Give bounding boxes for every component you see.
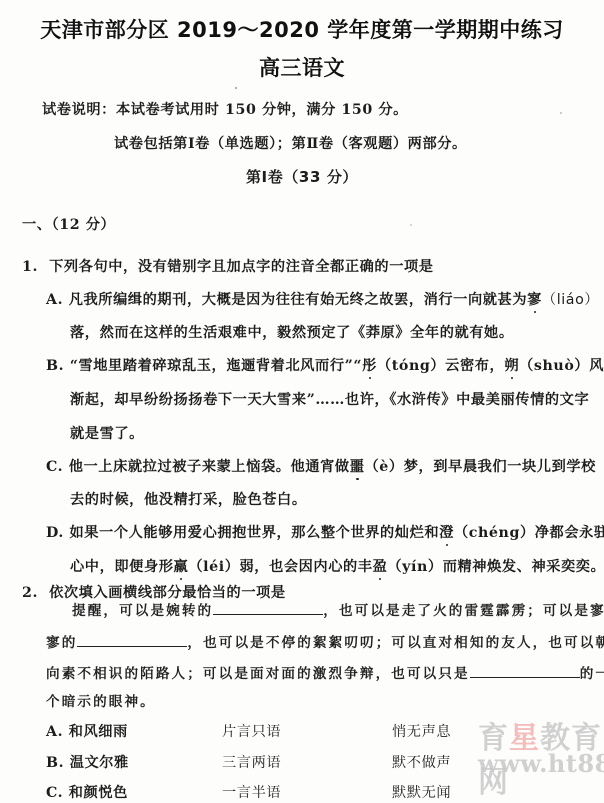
scan-speck	[560, 112, 562, 114]
q2-option-a-col-3: 悄无声息	[392, 721, 451, 741]
q1-option-b-line-3: 就是雪了。	[70, 423, 144, 443]
option-label: D.	[46, 525, 64, 541]
option-text: “雪地里踏着碎琼乱玉，迤逦背着北风而行”“	[70, 358, 362, 374]
option-text: （è）梦，到早晨我们一块儿到学校	[365, 459, 596, 475]
q2-option-b: B. 温文尔雅	[46, 752, 129, 772]
watermark-text: 教育网	[478, 721, 602, 800]
passage-text: 寥的	[46, 635, 77, 651]
q1-option-d-line-2: 心中，即便身形羸（léi）弱，也会因内心的丰盈（yín）而精神焕发、神采奕奕。	[70, 556, 604, 576]
fill-blank-2[interactable]	[77, 632, 187, 647]
scan-speck	[410, 224, 412, 226]
watermark-star: 星	[509, 721, 540, 756]
part-title: 一、（12 分）	[22, 214, 115, 234]
dotted-char: 彤	[362, 358, 377, 374]
option-label: C.	[46, 459, 63, 475]
q2-option-c-col-2: 一言半语	[222, 782, 281, 802]
option-text: （yín）而精神焕发、神采奕奕。	[387, 559, 604, 575]
dotted-char: 寥	[527, 292, 542, 308]
exam-subject: 高三语文	[0, 52, 604, 82]
watermark-url: www.ht88.com	[478, 749, 604, 778]
question-number: 1.	[22, 259, 38, 275]
option-text: 他一上床就拉过被子来蒙上恼袋。他通宵做	[69, 459, 350, 475]
option-text: 凡我所编缉的期刊，大概是因为往往有始无终之故罢，消行一向就甚为	[69, 292, 527, 308]
scan-speck	[235, 87, 237, 89]
q1-option-b: B. “雪地里踏着碎琼乱玉，迤逦背着北风而行”“彤（tóng）云密布，朔（shu…	[46, 355, 604, 375]
pinyin: （liáo）	[542, 292, 599, 308]
option-col-1: 和颜悦色	[69, 785, 128, 801]
option-text: 心中，即便身形	[70, 559, 174, 575]
exam-title: 天津市部分区 2019～2020 学年度第一学期期中练习	[0, 14, 604, 44]
passage-text: 的一	[580, 666, 604, 682]
option-label: C.	[46, 785, 63, 801]
q2-passage-line-1: 提醒，可以是婉转的，也可以是走了火的雷霆霹雳；可以是寥	[72, 599, 604, 619]
q1-option-c: C. 他一上床就拉过被子来蒙上恼袋。他通宵做噩（è）梦，到早晨我们一块儿到学校	[46, 456, 596, 476]
q1-option-c-line-2: 去的时候，他没精打采，脸色苍白。	[70, 489, 307, 509]
watermark-text: 育	[478, 721, 509, 756]
q1-option-b-line-2: 渐起，却早纷纷扬扬卷下一天大雪来”……也许，《水浒传》中最美丽传情的文字	[70, 389, 589, 409]
q2-option-b-col-3: 默不做声	[392, 752, 451, 772]
dotted-char: 羸	[174, 559, 189, 575]
q2-passage-line-2: 寥的，也可以是不停的絮絮叨叨；可以直对相知的友人，也可以朝	[46, 631, 604, 651]
option-text: （tóng）云密布，	[377, 358, 504, 374]
watermark-logo: 育星教育网	[478, 713, 604, 801]
instructions-text: 本试卷考试用时 150 分钟，满分 150 分。	[116, 102, 408, 118]
dotted-char: 朔	[504, 358, 519, 374]
q1-option-a-line-2: 落，然而在这样的生活艰难中，毅然预定了《莽原》全年的就有她。	[70, 322, 514, 342]
q2-option-c: C. 和颜悦色	[46, 782, 128, 802]
question-1-stem: 1. 下列各句中，没有错别字且加点字的注音全都正确的一项是	[22, 256, 434, 276]
q2-option-b-col-2: 三言两语	[222, 752, 281, 772]
question-text: 下列各句中，没有错别字且加点字的注音全都正确的一项是	[49, 259, 433, 275]
q1-option-d: D. 如果一个人能够用爱心拥抱世界，那么整个世界的灿烂和澄（chéng）净都会永…	[46, 522, 604, 542]
option-col-1: 和风细雨	[69, 724, 128, 740]
option-col-1: 温文尔雅	[70, 755, 129, 771]
option-text: 如果一个人能够用爱心拥抱世界，那么整个世界的灿烂和	[69, 525, 439, 541]
question-number: 2.	[22, 585, 38, 601]
instructions-label: 试卷说明：	[42, 102, 116, 118]
q2-option-c-col-3: 默默无闻	[392, 782, 451, 802]
volume-title: 第Ⅰ卷（33 分）	[0, 166, 604, 187]
option-label: A.	[46, 724, 63, 740]
instructions-line-2: 试卷包括第Ⅰ卷（单选题）；第Ⅱ卷（客观题）两部分。	[114, 133, 467, 153]
q2-option-a: A. 和风细雨	[46, 721, 128, 741]
option-label: A.	[46, 292, 63, 308]
passage-text: ，也可以是不停的絮絮叨叨；可以直对相知的友人，也可以朝	[187, 635, 604, 651]
option-label: B.	[46, 755, 64, 771]
passage-text: 提醒，可以是婉转的	[72, 603, 213, 619]
dotted-char: 澄	[439, 525, 454, 541]
instructions-line-1: 试卷说明：本试卷考试用时 150 分钟，满分 150 分。	[42, 99, 408, 119]
q1-option-a: A. 凡我所编缉的期刊，大概是因为往往有始无终之故罢，消行一向就甚为寥（liáo…	[46, 289, 599, 309]
passage-text: 向素不相识的陌路人；可以是面对面的激烈争辩，也可以只是	[46, 666, 470, 682]
exam-page: 天津市部分区 2019～2020 学年度第一学期期中练习 高三语文 试卷说明：本…	[0, 0, 604, 803]
passage-text: ，也可以是走了火的雷霆霹雳；可以是寥	[323, 603, 604, 619]
q2-passage-line-3: 向素不相识的陌路人；可以是面对面的激烈争辩，也可以只是的一	[46, 662, 604, 682]
option-label: B.	[46, 358, 64, 374]
option-text: （shuò）风	[519, 358, 604, 374]
option-text: （léi）弱，也会因内心的丰	[188, 559, 372, 575]
dotted-char: 噩	[350, 459, 365, 475]
q2-passage-line-4: 个暗示的眼神。	[46, 690, 156, 710]
fill-blank-3[interactable]	[470, 663, 580, 678]
q2-option-a-col-2: 片言只语	[222, 721, 281, 741]
dotted-char: 盈	[373, 559, 388, 575]
option-text: （chéng）净都会永驻	[454, 525, 604, 541]
fill-blank-1[interactable]	[213, 600, 323, 615]
